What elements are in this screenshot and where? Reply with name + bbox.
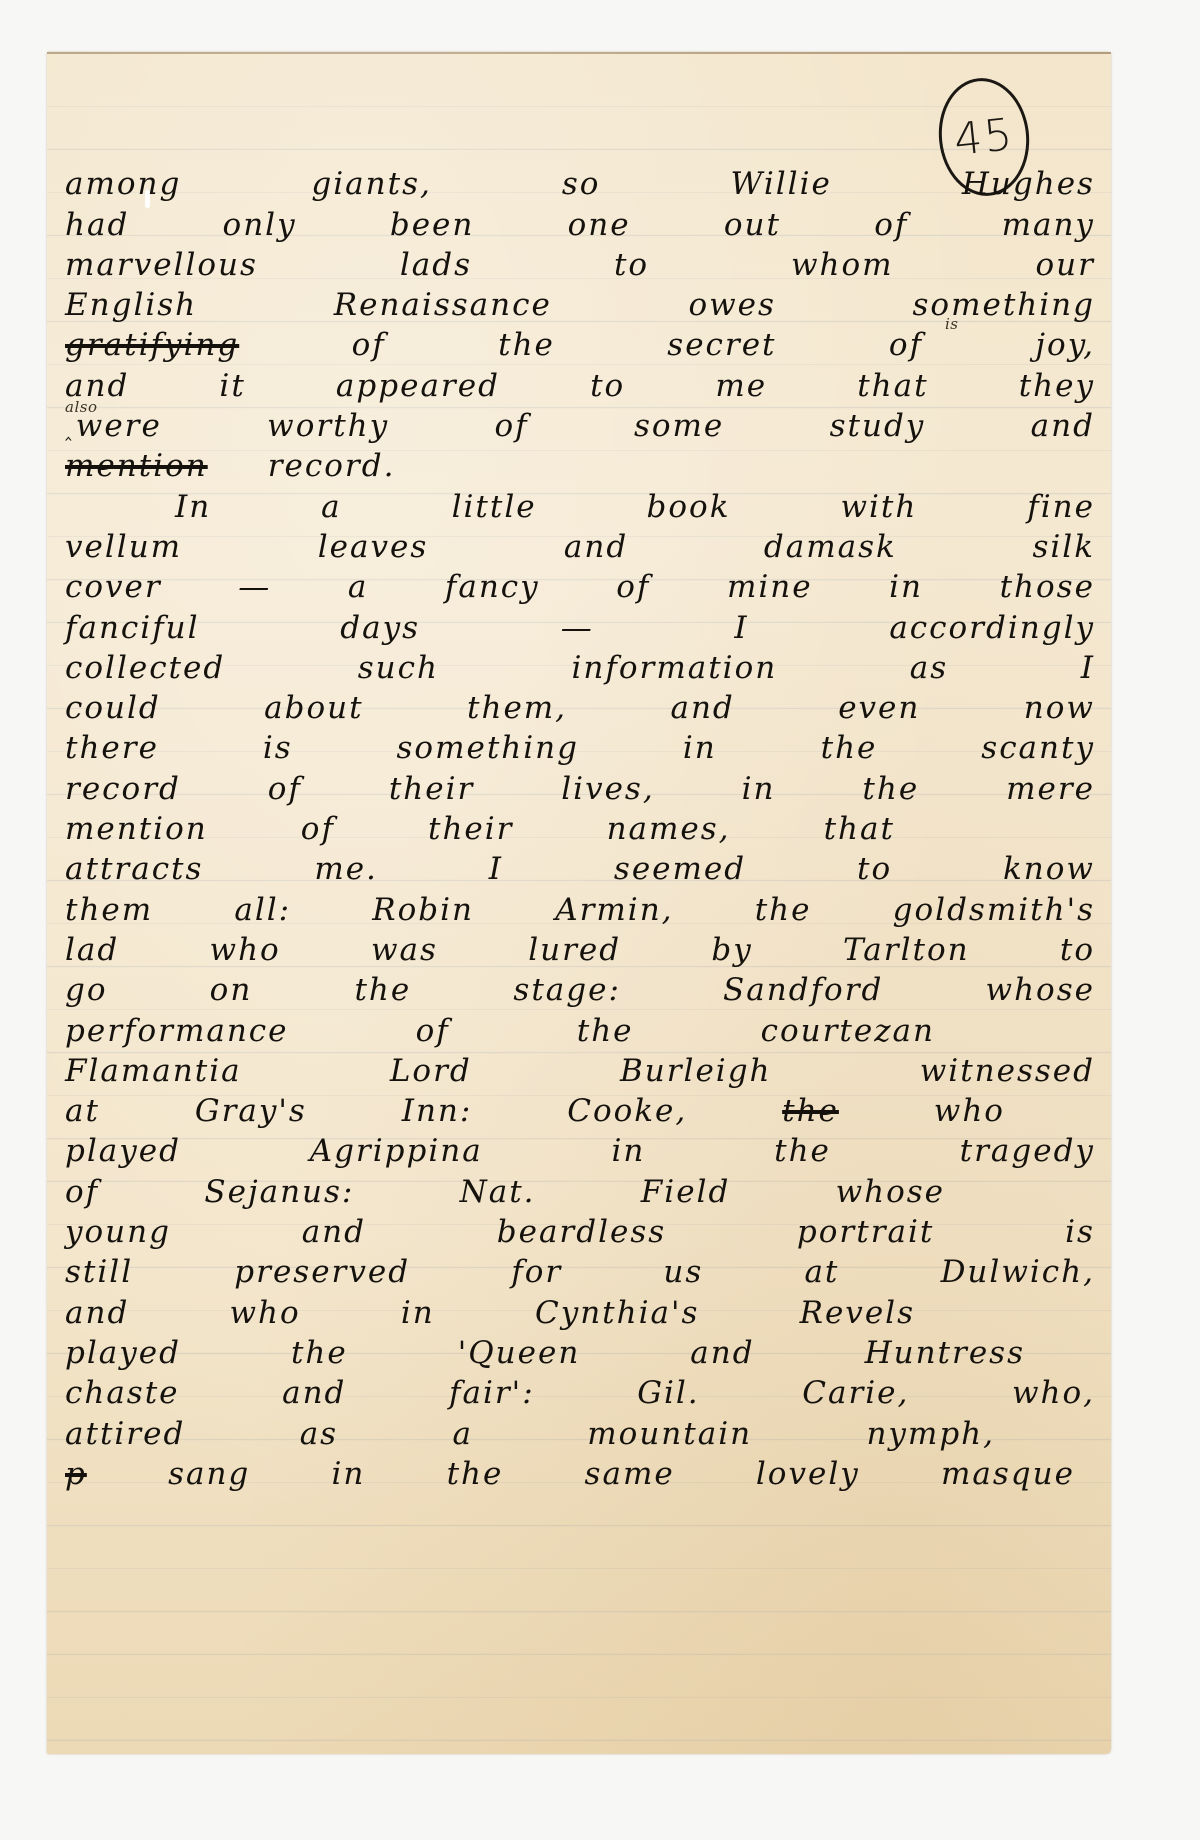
word: lives, bbox=[561, 771, 654, 807]
word: them bbox=[65, 892, 153, 928]
word: in bbox=[889, 569, 923, 605]
struck-word: mention bbox=[65, 448, 208, 484]
text-line: could about them, and even now bbox=[65, 686, 1095, 726]
word: Willie bbox=[731, 166, 832, 202]
word: their bbox=[389, 771, 475, 807]
word: fair': bbox=[449, 1375, 535, 1411]
text-line: at Gray's Inn: Cooke, the who bbox=[65, 1089, 1095, 1129]
word: — bbox=[238, 569, 271, 605]
word: scanty bbox=[981, 730, 1095, 766]
word: chaste bbox=[65, 1375, 180, 1411]
word: their bbox=[428, 811, 514, 847]
word: of bbox=[65, 1174, 99, 1210]
word: to bbox=[590, 368, 625, 404]
word: of bbox=[416, 1013, 450, 1049]
text-line: Flamantia Lord Burleigh witnessed bbox=[65, 1049, 1095, 1089]
word: sang bbox=[168, 1456, 250, 1492]
struck-word: the bbox=[782, 1093, 839, 1129]
word: out bbox=[724, 207, 781, 243]
word: little bbox=[452, 489, 537, 525]
word: a bbox=[452, 1416, 472, 1452]
word: the bbox=[498, 327, 555, 363]
manuscript-text: among giants, so Willie Hughes had only … bbox=[65, 162, 1095, 1492]
word: collected bbox=[65, 650, 225, 686]
word: Robin bbox=[372, 892, 474, 928]
text-line: attired as a mountain nymph, bbox=[65, 1411, 1095, 1451]
word: they bbox=[1019, 368, 1095, 404]
word: the bbox=[354, 972, 411, 1008]
word: Huntress bbox=[865, 1335, 1025, 1371]
text-line: is gratifying of the secret of joy, bbox=[65, 323, 1095, 363]
word: to bbox=[857, 851, 892, 887]
word: worthy bbox=[267, 408, 389, 444]
text-line: among giants, so Willie Hughes bbox=[65, 162, 1095, 202]
word: me bbox=[715, 368, 767, 404]
word: cover bbox=[65, 569, 162, 605]
word: in bbox=[611, 1133, 645, 1169]
word: the bbox=[821, 730, 878, 766]
word: the bbox=[291, 1335, 348, 1371]
word: Revels bbox=[800, 1295, 915, 1331]
word: Agrippina bbox=[310, 1133, 483, 1169]
text-line: vellum leaves and damask silk bbox=[65, 525, 1095, 565]
text-line: of Sejanus: Nat. Field whose bbox=[65, 1169, 1095, 1209]
word: damask bbox=[764, 529, 897, 565]
word: mountain bbox=[587, 1416, 752, 1452]
word: there bbox=[65, 730, 159, 766]
word: could bbox=[65, 690, 161, 726]
word: and bbox=[670, 690, 734, 726]
word: about bbox=[264, 690, 363, 726]
text-line: go on the stage: Sandford whose bbox=[65, 968, 1095, 1008]
word: that bbox=[857, 368, 928, 404]
text-line: record of their lives, in the mere bbox=[65, 766, 1095, 806]
word: lured bbox=[528, 932, 621, 968]
word: them, bbox=[467, 690, 567, 726]
word: and bbox=[690, 1335, 754, 1371]
word: a bbox=[321, 489, 341, 525]
word: in bbox=[683, 730, 717, 766]
word: beardless bbox=[497, 1214, 666, 1250]
word: the bbox=[447, 1456, 504, 1492]
word: something bbox=[397, 730, 579, 766]
struck-word: gratifying bbox=[65, 327, 239, 363]
word: of bbox=[268, 771, 302, 807]
word: secret bbox=[667, 327, 776, 363]
word: Cynthia's bbox=[535, 1295, 699, 1331]
text-line: chaste and fair': Gil. Carie, who, bbox=[65, 1371, 1095, 1411]
word: fine bbox=[1027, 489, 1095, 525]
word: Carie, bbox=[802, 1375, 909, 1411]
word: seemed bbox=[614, 851, 746, 887]
word: mine bbox=[727, 569, 813, 605]
struck-word: p bbox=[65, 1456, 87, 1492]
text-line: marvellous lads to whom our bbox=[65, 243, 1095, 283]
word: lovely bbox=[756, 1456, 860, 1492]
word: on bbox=[210, 972, 253, 1008]
text-line: there is something in the scanty bbox=[65, 726, 1095, 766]
word: fancy bbox=[445, 569, 540, 605]
word: know bbox=[1003, 851, 1095, 887]
word: the bbox=[577, 1013, 634, 1049]
word: played bbox=[65, 1335, 181, 1371]
word: all: bbox=[234, 892, 291, 928]
manuscript-page: 45 among giants, so Willie Hughes had on… bbox=[47, 52, 1111, 1754]
word: the bbox=[755, 892, 812, 928]
word: now bbox=[1024, 690, 1095, 726]
word: still bbox=[65, 1254, 133, 1290]
text-line: lad who was lured by Tarlton to bbox=[65, 928, 1095, 968]
word: giants, bbox=[311, 166, 431, 202]
word: and bbox=[302, 1214, 366, 1250]
word: lad bbox=[65, 932, 119, 968]
text-line: fanciful days — I accordingly bbox=[65, 605, 1095, 645]
word: of bbox=[301, 811, 335, 847]
word: one bbox=[568, 207, 631, 243]
word: of bbox=[874, 207, 908, 243]
word: lads bbox=[400, 247, 472, 283]
word: courtezan bbox=[761, 1013, 935, 1049]
word: even bbox=[838, 690, 920, 726]
word: Flamantia bbox=[65, 1053, 242, 1089]
interlinear-insertion: also bbox=[65, 398, 97, 416]
word: that bbox=[824, 811, 895, 847]
word: — bbox=[561, 610, 594, 646]
word: leaves bbox=[318, 529, 429, 565]
word: stage: bbox=[513, 972, 620, 1008]
word: nymph, bbox=[866, 1416, 995, 1452]
interlinear-insertion: is bbox=[945, 315, 959, 333]
word: who, bbox=[1012, 1375, 1095, 1411]
word: accordingly bbox=[889, 610, 1095, 646]
word: the bbox=[774, 1133, 831, 1169]
text-line: performance of the courtezan bbox=[65, 1008, 1095, 1048]
word: Lord bbox=[390, 1053, 472, 1089]
word: joy, bbox=[1035, 327, 1095, 363]
word: in bbox=[742, 771, 776, 807]
word: who bbox=[210, 932, 281, 968]
page-number: 45 bbox=[951, 109, 1016, 166]
word: young bbox=[65, 1214, 171, 1250]
word: so bbox=[562, 166, 601, 202]
word: 'Queen bbox=[458, 1335, 581, 1371]
word: same bbox=[585, 1456, 675, 1492]
word: information bbox=[572, 650, 778, 686]
word: was bbox=[371, 932, 438, 968]
word: go bbox=[65, 972, 108, 1008]
text-line: played the 'Queen and Huntress bbox=[65, 1331, 1095, 1371]
word: record. bbox=[268, 448, 396, 484]
word: and bbox=[1031, 408, 1095, 444]
word: for bbox=[511, 1254, 562, 1290]
word: Cooke, bbox=[567, 1093, 687, 1129]
word: Field bbox=[641, 1174, 731, 1210]
text-line: still preserved for us at Dulwich, bbox=[65, 1250, 1095, 1290]
word: mention bbox=[65, 811, 208, 847]
word: attired bbox=[65, 1416, 185, 1452]
word: Armin, bbox=[555, 892, 673, 928]
word: whom bbox=[791, 247, 894, 283]
paper-top-edge bbox=[47, 52, 1111, 54]
word: Burleigh bbox=[620, 1053, 772, 1089]
word: and bbox=[282, 1375, 346, 1411]
word: as bbox=[910, 650, 948, 686]
word: study bbox=[830, 408, 926, 444]
word: is bbox=[1065, 1214, 1095, 1250]
word: a bbox=[348, 569, 368, 605]
text-line: and it appeared to me that they bbox=[65, 363, 1095, 403]
word: Gray's bbox=[195, 1093, 307, 1129]
text-line: had only been one out of many bbox=[65, 202, 1095, 242]
text-line: In a little book with fine bbox=[65, 484, 1095, 524]
word: who bbox=[934, 1093, 1005, 1129]
text-line: played Agrippina in the tragedy bbox=[65, 1129, 1095, 1169]
word: Sejanus: bbox=[204, 1174, 354, 1210]
text-line: mention record. bbox=[65, 444, 1095, 484]
word: whose bbox=[836, 1174, 945, 1210]
word: record bbox=[65, 771, 181, 807]
text-line: attracts me. I seemed to know bbox=[65, 847, 1095, 887]
word: days bbox=[340, 610, 420, 646]
word: by bbox=[711, 932, 752, 968]
word: Dulwich, bbox=[941, 1254, 1095, 1290]
text-line: young and beardless portrait is bbox=[65, 1210, 1095, 1250]
word: been bbox=[390, 207, 475, 243]
word: with bbox=[840, 489, 917, 525]
word: me. bbox=[314, 851, 378, 887]
text-line: also ‸were worthy of some study and bbox=[65, 404, 1095, 444]
word: Tarlton bbox=[843, 932, 970, 968]
word: had bbox=[65, 207, 129, 243]
word: I bbox=[489, 851, 503, 887]
word: whose bbox=[986, 972, 1095, 1008]
word: it bbox=[219, 368, 245, 404]
word: of bbox=[889, 327, 923, 363]
word: Hughes bbox=[962, 166, 1095, 202]
word: attracts bbox=[65, 851, 203, 887]
word: and bbox=[65, 1295, 129, 1331]
word: and bbox=[564, 529, 628, 565]
word: Inn: bbox=[402, 1093, 473, 1129]
word: of bbox=[494, 408, 528, 444]
word: such bbox=[358, 650, 439, 686]
word: witnessed bbox=[920, 1053, 1095, 1089]
word: those bbox=[1000, 569, 1095, 605]
word: at bbox=[65, 1093, 100, 1129]
caret-mark: ‸ bbox=[65, 417, 74, 441]
word: of bbox=[616, 569, 650, 605]
word: fanciful bbox=[65, 610, 200, 646]
word: played bbox=[65, 1133, 181, 1169]
word: Gil. bbox=[637, 1375, 699, 1411]
word: portrait bbox=[797, 1214, 934, 1250]
word: among bbox=[65, 166, 181, 202]
word: something bbox=[913, 287, 1095, 323]
word: silk bbox=[1032, 529, 1095, 565]
text-line: mention of their names, that bbox=[65, 807, 1095, 847]
word: In bbox=[175, 489, 211, 525]
word: names, bbox=[607, 811, 731, 847]
word: us bbox=[663, 1254, 703, 1290]
text-line: and who in Cynthia's Revels bbox=[65, 1290, 1095, 1330]
word: English bbox=[65, 287, 197, 323]
text-line: cover — a fancy of mine in those bbox=[65, 565, 1095, 605]
word: to bbox=[1060, 932, 1095, 968]
word: tragedy bbox=[960, 1133, 1095, 1169]
word: Sandford bbox=[723, 972, 883, 1008]
word: goldsmith's bbox=[893, 892, 1095, 928]
text-line: them all: Robin Armin, the goldsmith's bbox=[65, 887, 1095, 927]
word: our bbox=[1036, 247, 1095, 283]
text-line: English Renaissance owes something bbox=[65, 283, 1095, 323]
word: of bbox=[352, 327, 386, 363]
word: book bbox=[647, 489, 731, 525]
word: in bbox=[331, 1456, 365, 1492]
word: performance bbox=[65, 1013, 289, 1049]
word: appeared bbox=[336, 368, 500, 404]
word: vellum bbox=[65, 529, 182, 565]
word: as bbox=[300, 1416, 338, 1452]
word: many bbox=[1002, 207, 1095, 243]
word: Nat. bbox=[460, 1174, 536, 1210]
word: owes bbox=[688, 287, 775, 323]
word: masque bbox=[941, 1456, 1075, 1492]
word: I bbox=[734, 610, 748, 646]
word: Renaissance bbox=[334, 287, 552, 323]
word: the bbox=[862, 771, 919, 807]
word: mere bbox=[1006, 771, 1095, 807]
text-line: collected such information as I bbox=[65, 646, 1095, 686]
word: only bbox=[223, 207, 297, 243]
word: I bbox=[1081, 650, 1095, 686]
text-line: p sang in the same lovely masque bbox=[65, 1452, 1095, 1492]
word: some bbox=[634, 408, 724, 444]
word: at bbox=[804, 1254, 839, 1290]
word: preserved bbox=[234, 1254, 410, 1290]
word: to bbox=[614, 247, 649, 283]
word: in bbox=[401, 1295, 435, 1331]
word: marvellous bbox=[65, 247, 258, 283]
word: who bbox=[230, 1295, 301, 1331]
word: is bbox=[263, 730, 293, 766]
